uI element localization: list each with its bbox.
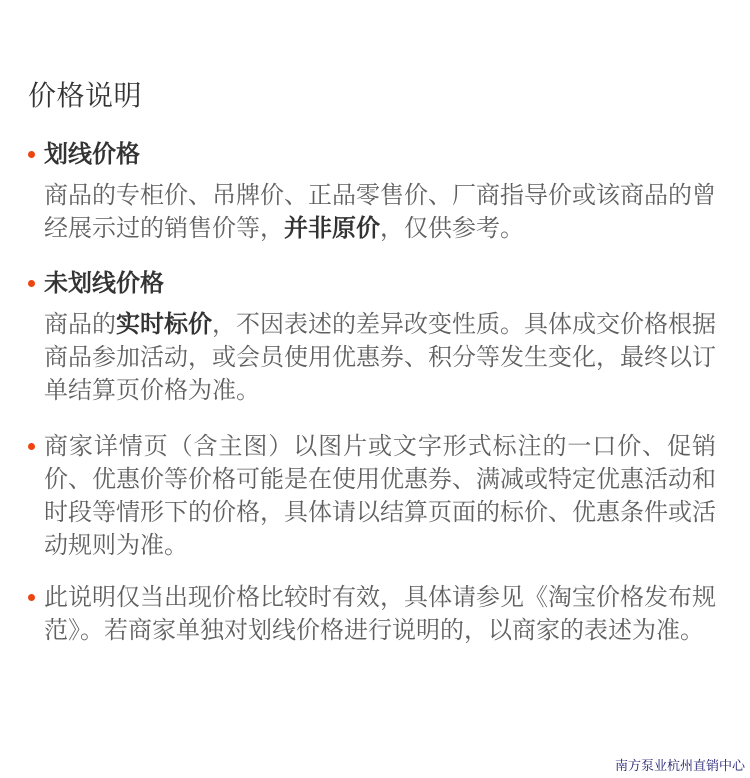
price-rule-body: 商家详情页（含主图）以图片或文字形式标注的一口价、促销价、优惠价等价格可能是在使… [44,430,716,562]
bullet-dot-icon [28,151,35,158]
price-rule-item: 商家详情页（含主图）以图片或文字形式标注的一口价、促销价、优惠价等价格可能是在使… [28,430,716,562]
price-rule-paragraph: 商品的实时标价，不因表述的差异改变性质。具体成交价格根据商品参加活动，或会员使用… [44,308,716,407]
price-rule-paragraph: 商品的专柜价、吊牌价、正品零售价、厂商指导价或该商品的曾经展示过的销售价等，并非… [44,179,716,245]
text-segment: 商家详情页（含主图）以图片或文字形式标注的一口价、促销价、优惠价等价格可能是在使… [44,433,716,559]
price-rule-heading: 划线价格 [44,138,716,171]
price-rules-list: 划线价格 商品的专柜价、吊牌价、正品零售价、厂商指导价或该商品的曾经展示过的销售… [28,138,716,647]
emphasized-text-segment: 并非原价 [284,215,380,242]
price-rule-body: 此说明仅当出现价格比较时有效，具体请参见《淘宝价格发布规范》。若商家单独对划线价… [44,581,716,647]
text-segment: 此说明仅当出现价格比较时有效，具体请参见《淘宝价格发布规范》。若商家单独对划线价… [44,584,716,644]
bullet-dot-icon [28,443,35,450]
page-title: 价格说明 [28,76,716,116]
price-rule-body: 未划线价格 商品的实时标价，不因表述的差异改变性质。具体成交价格根据商品参加活动… [44,267,716,407]
price-rule-item: 此说明仅当出现价格比较时有效，具体请参见《淘宝价格发布规范》。若商家单独对划线价… [28,581,716,647]
price-rule-paragraph: 商家详情页（含主图）以图片或文字形式标注的一口价、促销价、优惠价等价格可能是在使… [44,430,716,562]
price-rule-heading: 未划线价格 [44,267,716,300]
bullet-dot-icon [28,280,35,287]
price-rule-item: 划线价格 商品的专柜价、吊牌价、正品零售价、厂商指导价或该商品的曾经展示过的销售… [28,138,716,245]
price-rule-paragraph: 此说明仅当出现价格比较时有效，具体请参见《淘宝价格发布规范》。若商家单独对划线价… [44,581,716,647]
shop-watermark: 南方泵业杭州直销中心 [615,757,745,775]
price-rule-body: 划线价格 商品的专柜价、吊牌价、正品零售价、厂商指导价或该商品的曾经展示过的销售… [44,138,716,245]
bullet-dot-icon [28,594,35,601]
text-segment: ，仅供参考。 [380,215,524,242]
text-segment: 商品的 [44,311,116,338]
price-rule-item: 未划线价格 商品的实时标价，不因表述的差异改变性质。具体成交价格根据商品参加活动… [28,267,716,407]
price-explanation-page: 价格说明 划线价格 商品的专柜价、吊牌价、正品零售价、厂商指导价或该商品的曾经展… [0,0,750,778]
emphasized-text-segment: 实时标价 [116,311,212,338]
